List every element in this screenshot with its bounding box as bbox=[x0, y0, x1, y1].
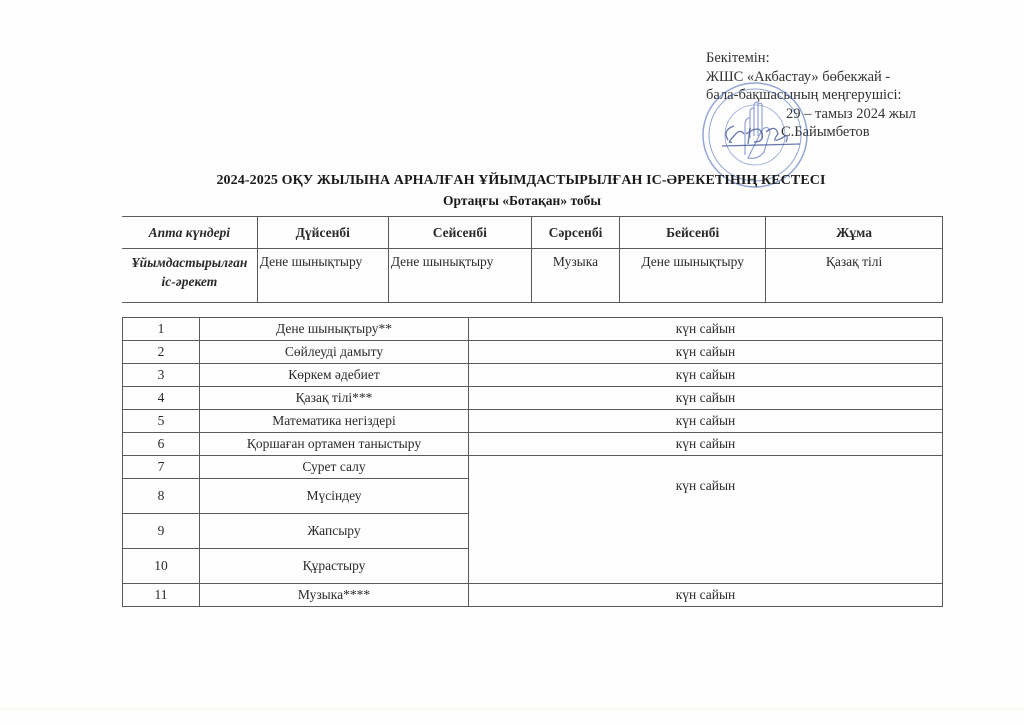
cell-thursday: Дене шынықтыру bbox=[620, 249, 766, 303]
activity-frequency: күн сайын bbox=[469, 387, 943, 410]
table-row: 2 Сөйлеуді дамыту күн сайын bbox=[123, 341, 943, 364]
activity-name: Жапсыру bbox=[200, 514, 469, 549]
row-label-line-2: іс-әрекет bbox=[122, 272, 257, 291]
header-friday: Жұма bbox=[766, 217, 943, 249]
table-row: 3 Көркем әдебиет күн сайын bbox=[123, 364, 943, 387]
activity-frequency: күн сайын bbox=[469, 341, 943, 364]
activity-frequency: күн сайын bbox=[469, 318, 943, 341]
cell-monday: Дене шынықтыру bbox=[257, 249, 388, 303]
document-page: Бекітемін: ЖШС «Акбастау» бөбекжай - бал… bbox=[0, 0, 1024, 725]
activities-table: 1 Дене шынықтыру** күн сайын 2 Сөйлеуді … bbox=[122, 317, 943, 607]
table-header-row: Апта күндері Дүйсенбі Сейсенбі Сәрсенбі … bbox=[122, 217, 943, 249]
approval-date: 29 – тамыз 2024 жыл bbox=[706, 105, 966, 124]
table-row: 5 Математика негіздері күн сайын bbox=[123, 410, 943, 433]
weekly-schedule-table: Апта күндері Дүйсенбі Сейсенбі Сәрсенбі … bbox=[122, 216, 943, 303]
activity-name: Сурет салу bbox=[200, 456, 469, 479]
header-tuesday: Сейсенбі bbox=[388, 217, 531, 249]
activity-name: Дене шынықтыру** bbox=[200, 318, 469, 341]
header-monday: Дүйсенбі bbox=[257, 217, 388, 249]
activity-name: Математика негіздері bbox=[200, 410, 469, 433]
activity-name: Қоршаған ортамен таныстыру bbox=[200, 433, 469, 456]
activity-number: 6 bbox=[123, 433, 200, 456]
activity-frequency: күн сайын bbox=[469, 584, 943, 607]
activity-number: 5 bbox=[123, 410, 200, 433]
approval-position: бала-бақшасының меңгерушісі: bbox=[706, 86, 966, 105]
table-row: Ұйымдастырылған іс-әрекет Дене шынықтыру… bbox=[122, 249, 943, 303]
header-week-days: Апта күндері bbox=[122, 217, 257, 249]
group-subtitle: Ортаңғы «Ботақан» тобы bbox=[0, 193, 1024, 209]
activity-name: Қазақ тілі*** bbox=[200, 387, 469, 410]
activity-number: 8 bbox=[123, 479, 200, 514]
approval-heading: Бекітемін: bbox=[706, 49, 966, 68]
table-row: 11 Музыка**** күн сайын bbox=[123, 584, 943, 607]
document-title: 2024-2025 ОҚУ ЖЫЛЫНА АРНАЛҒАН ҰЙЫМДАСТЫР… bbox=[0, 173, 1024, 189]
header-wednesday: Сәрсенбі bbox=[531, 217, 619, 249]
header-thursday: Бейсенбі bbox=[620, 217, 766, 249]
approval-block: Бекітемін: ЖШС «Акбастау» бөбекжай - бал… bbox=[706, 49, 966, 142]
scan-edge-divider bbox=[0, 708, 1024, 711]
activity-frequency: күн сайын bbox=[469, 364, 943, 387]
activity-frequency-merged: күн сайын bbox=[469, 456, 943, 584]
activity-number: 9 bbox=[123, 514, 200, 549]
row-label-organized-activity: Ұйымдастырылған іс-әрекет bbox=[122, 249, 257, 303]
approval-organization: ЖШС «Акбастау» бөбекжай - bbox=[706, 68, 966, 87]
activity-number: 3 bbox=[123, 364, 200, 387]
table-row: 1 Дене шынықтыру** күн сайын bbox=[123, 318, 943, 341]
activity-name: Құрастыру bbox=[200, 549, 469, 584]
row-label-line-1: Ұйымдастырылған bbox=[122, 253, 257, 272]
cell-wednesday: Музыка bbox=[531, 249, 619, 303]
activity-name: Көркем әдебиет bbox=[200, 364, 469, 387]
activity-number: 1 bbox=[123, 318, 200, 341]
activity-number: 10 bbox=[123, 549, 200, 584]
cell-friday: Қазақ тілі bbox=[766, 249, 943, 303]
approval-signer: С.Байымбетов bbox=[706, 123, 966, 142]
activity-number: 7 bbox=[123, 456, 200, 479]
activity-number: 4 bbox=[123, 387, 200, 410]
activity-number: 2 bbox=[123, 341, 200, 364]
table-row: 6 Қоршаған ортамен таныстыру күн сайын bbox=[123, 433, 943, 456]
activity-frequency: күн сайын bbox=[469, 433, 943, 456]
activity-name: Сөйлеуді дамыту bbox=[200, 341, 469, 364]
table-row: 7 Сурет салу күн сайын bbox=[123, 456, 943, 479]
activity-frequency: күн сайын bbox=[469, 410, 943, 433]
cell-tuesday: Дене шынықтыру bbox=[388, 249, 531, 303]
activity-name: Мүсіндеу bbox=[200, 479, 469, 514]
activity-number: 11 bbox=[123, 584, 200, 607]
activity-name: Музыка**** bbox=[200, 584, 469, 607]
table-row: 4 Қазақ тілі*** күн сайын bbox=[123, 387, 943, 410]
